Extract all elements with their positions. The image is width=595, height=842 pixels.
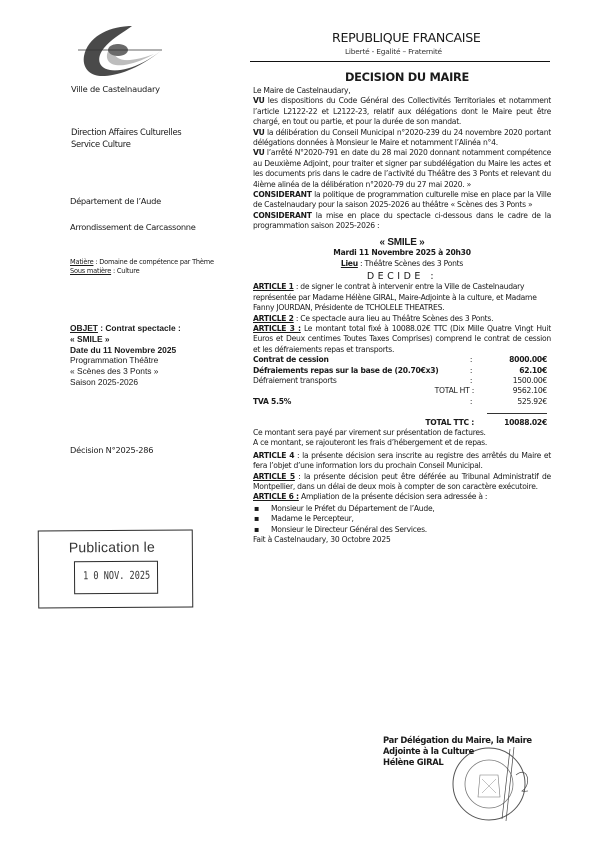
objet-line3: Date du 11 Novembre 2025 [70, 345, 176, 355]
show-date: Mardi 11 Novembre 2025 à 20h30 [253, 248, 551, 258]
vu-label: VU [253, 128, 265, 137]
city-name: Ville de Castelnaudary [71, 84, 160, 94]
vu-text: les dispositions du Code Général des Col… [253, 96, 551, 126]
payment-note: Ce montant sera payé par virement sur pr… [253, 428, 551, 438]
considerant-label: CONSIDERANT [253, 211, 312, 220]
considerant-2: CONSIDERANT la mise en place du spectacl… [253, 211, 551, 232]
show-date-text: Mardi 11 Novembre 2025 à 20h30 [333, 248, 470, 257]
article-label: ARTICLE 5 [253, 472, 295, 481]
total-ht-label: TOTAL HT : [253, 386, 477, 396]
article-text: : de signer le contrat à intervenir entr… [253, 282, 537, 312]
tva-label: TVA 5.5% [253, 397, 465, 407]
decide-heading: DECIDE : [253, 272, 551, 282]
cost-amount: 62.10€ [477, 366, 551, 376]
article-label: ARTICLE 2 [253, 314, 294, 323]
objet-line5: « Scènes des 3 Ponts » [70, 366, 240, 377]
article-text: : Ce spectacle aura lieu au Théâtre Scèn… [294, 314, 494, 323]
total-ttc-amount: 10088.02€ [477, 418, 551, 428]
vu-paragraph-1: VU les dispositions du Code Général des … [253, 96, 551, 127]
matiere-block: Matière : Domaine de compétence par Thèm… [70, 258, 220, 275]
article-label: ARTICLE 1 [253, 282, 294, 291]
republic-title: REPUBLIQUE FRANCAISE [332, 30, 481, 45]
castelnaudary-logo-icon [70, 22, 166, 82]
decision-body: Le Maire de Castelnaudary, VU les dispos… [253, 86, 551, 545]
objet-line4: Programmation Théâtre [70, 355, 240, 366]
article-1: ARTICLE 1 : de signer le contrat à inter… [253, 282, 551, 313]
recipients-list: Monsieur le Préfet du Département de l’A… [253, 504, 551, 535]
matiere-label: Matière [70, 258, 93, 266]
vu-label: VU [253, 96, 265, 105]
article-text: : la présente décision peut être déférée… [253, 472, 551, 491]
considerant-label: CONSIDERANT [253, 190, 312, 199]
vu-paragraph-3: VU l’arrêté N°2020-791 en date du 28 mai… [253, 148, 551, 190]
sous-matiere-value: : Culture [111, 267, 139, 275]
article-text: Ampliation de la présente décision sera … [299, 492, 487, 501]
arrondissement: Arrondissement de Carcassonne [70, 222, 196, 232]
article-3: ARTICLE 3 : Le montant total fixé à 1008… [253, 324, 551, 355]
department: Département de l’Aude [70, 196, 161, 206]
direction-name: Direction Affaires Culturelles [71, 126, 181, 138]
stamp-title: Publication le [69, 539, 155, 556]
signature-line-2: Adjointe à la Culture [383, 746, 532, 757]
total-ht-amount: 9562.10€ [477, 386, 551, 396]
article-4: ARTICLE 4 : la présente décision sera in… [253, 451, 551, 472]
cost-label: Contrat de cession [253, 355, 465, 365]
place-date: Fait à Castelnaudary, 30 Octobre 2025 [253, 535, 551, 545]
direction-block: Direction Affaires Culturelles Service C… [71, 126, 181, 150]
page-title: DECISION DU MAIRE [345, 70, 469, 84]
cost-row: Contrat de cession:8000.00€ [253, 355, 551, 365]
article-2: ARTICLE 2 : Ce spectacle aura lieu au Th… [253, 314, 551, 324]
intro: Le Maire de Castelnaudary, [253, 86, 551, 96]
total-separator [487, 413, 547, 414]
total-ttc-label: TOTAL TTC : [253, 418, 477, 428]
republic-motto: Liberté - Egalité – Fraternité [345, 47, 442, 56]
lieu-label: Lieu [341, 259, 358, 268]
signature-line-1: Par Délégation du Maire, la Maire [383, 735, 532, 746]
cost-label: Défraiement transports [253, 376, 465, 386]
article-label: ARTICLE 4 [253, 451, 294, 460]
cost-label: Défraiements repas sur la base de (20.70… [253, 366, 465, 376]
article-text: : la présente décision sera inscrite au … [253, 451, 551, 470]
article-5: ARTICLE 5 : la présente décision peut êt… [253, 472, 551, 493]
stamp-date: 1 0 NOV. 2025 [83, 569, 150, 582]
header-divider [250, 61, 550, 62]
decision-number: Décision N°2025-286 [70, 445, 153, 455]
objet-line6: Saison 2025-2026 [70, 377, 240, 388]
cost-row: Défraiements repas sur la base de (20.70… [253, 366, 551, 376]
show-venue: Lieu : Théâtre Scènes des 3 Ponts [253, 259, 551, 269]
cost-amount: 8000.00€ [477, 355, 551, 365]
article-6: ARTICLE 6 : Ampliation de la présente dé… [253, 492, 551, 502]
signature-block: Par Délégation du Maire, la Maire Adjoin… [383, 735, 532, 769]
objet-label: OBJET [70, 323, 98, 333]
cost-table: Contrat de cession:8000.00€Défraiements … [253, 355, 551, 428]
objet-line2: « SMILE » [70, 334, 110, 344]
stamp-date-box: 1 0 NOV. 2025 [74, 561, 158, 595]
vu-text: la délibération du Conseil Municipal n°2… [253, 128, 551, 147]
considerant-1: CONSIDERANT la politique de programmatio… [253, 190, 551, 211]
total-ttc-row: TOTAL TTC : 10088.02€ [253, 418, 551, 428]
extra-costs-note: A ce montant, se rajouteront les frais d… [253, 438, 551, 448]
matiere-value: : Domaine de compétence par Thème [93, 258, 213, 266]
vu-text: l’arrêté N°2020-791 en date du 28 mai 20… [253, 148, 551, 188]
sous-matiere-label: Sous matière [70, 267, 111, 275]
cost-row: Défraiement transports:1500.00€ [253, 376, 551, 386]
article-label: ARTICLE 3 : [253, 324, 301, 333]
objet-line1: : Contrat spectacle : [98, 323, 181, 333]
vu-label: VU [253, 148, 265, 157]
signature-name: Hélène GIRAL [383, 757, 532, 768]
publication-stamp: Publication le 1 0 NOV. 2025 [38, 529, 194, 608]
recipient-item: Monsieur le Préfet du Département de l’A… [253, 504, 551, 514]
article-label: ARTICLE 6 : [253, 492, 299, 501]
show-title: « SMILE » [253, 238, 551, 248]
lieu-value: : Théâtre Scènes des 3 Ponts [358, 259, 463, 268]
tva-amount: 525.92€ [477, 397, 551, 407]
vu-paragraph-2: VU la délibération du Conseil Municipal … [253, 128, 551, 149]
tva-row: TVA 5.5% : 525.92€ [253, 397, 551, 407]
recipient-item: Madame le Percepteur, [253, 514, 551, 524]
recipient-item: Monsieur le Directeur Général des Servic… [253, 525, 551, 535]
objet-block: OBJET : Contrat spectacle : « SMILE » Da… [70, 323, 240, 388]
total-ht-row: TOTAL HT : 9562.10€ [253, 386, 551, 396]
cost-amount: 1500.00€ [477, 376, 551, 386]
service-name: Service Culture [71, 138, 181, 150]
